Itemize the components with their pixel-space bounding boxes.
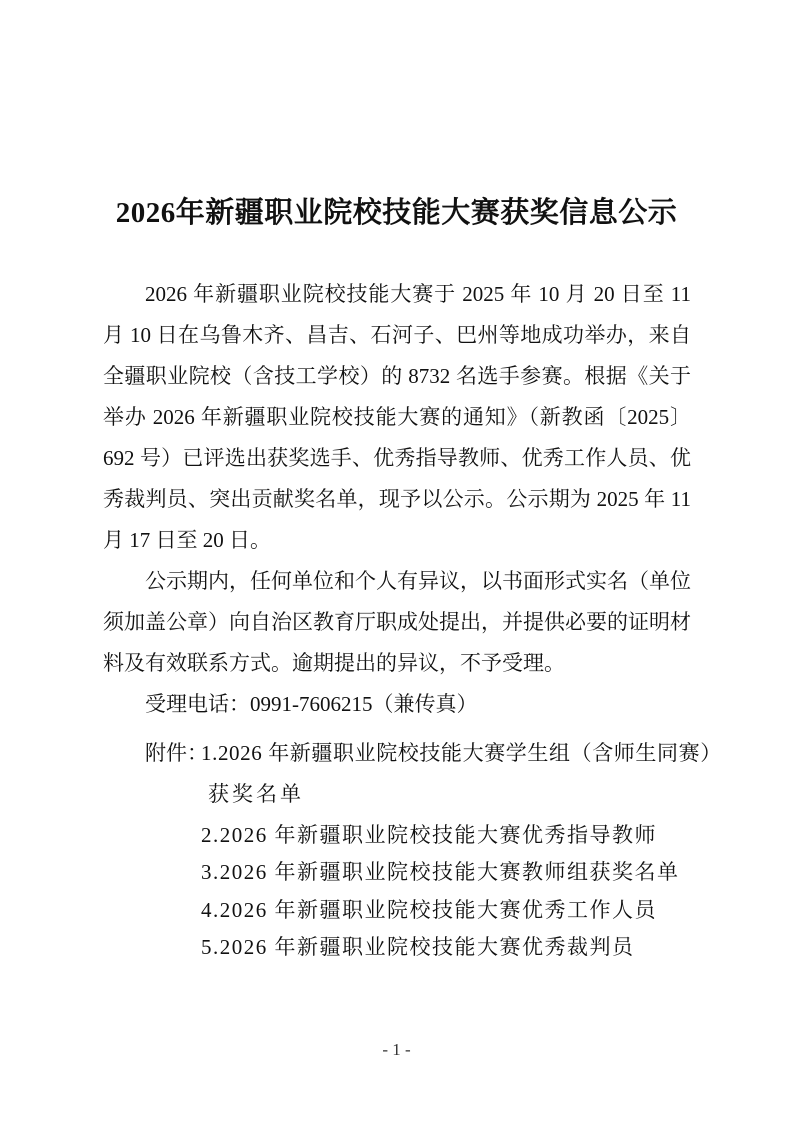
attachment-item: 2.2026 年新疆职业院校技能大赛优秀指导教师	[201, 820, 657, 850]
paragraph-line: 须加盖公章）向自治区教育厅职成处提出，并提供必要的证明材	[103, 607, 691, 637]
page-number: - 1 -	[0, 1040, 793, 1060]
paragraph-line: 全疆职业院校（含技工学校）的 8732 名选手参赛。根据《关于	[103, 361, 691, 391]
paragraph-line: 举办 2026 年新疆职业院校技能大赛的通知》（新教函〔2025〕	[103, 402, 691, 432]
attachment-item: 5.2026 年新疆职业院校技能大赛优秀裁判员	[201, 932, 635, 962]
paragraph-line: 月 10 日在乌鲁木齐、昌吉、石河子、巴州等地成功举办，来自	[103, 320, 691, 350]
paragraph-line: 料及有效联系方式。逾期提出的异议，不予受理。	[103, 648, 691, 678]
attachment-item: 1.2026 年新疆职业院校技能大赛学生组（含师生同赛）	[201, 738, 722, 768]
attachment-item: 3.2026 年新疆职业院校技能大赛教师组获奖名单	[201, 857, 680, 887]
contact-phone: 受理电话：0991-7606215（兼传真）	[145, 689, 691, 719]
paragraph-line: 692 号）已评选出获奖选手、优秀指导教师、优秀工作人员、优	[103, 443, 691, 473]
paragraph-line: 2026 年新疆职业院校技能大赛于 2025 年 10 月 20 日至 11	[145, 279, 691, 309]
attachments-label: 附件：	[145, 738, 208, 768]
paragraph-line: 公示期内，任何单位和个人有异议，以书面形式实名（单位	[145, 566, 691, 596]
attachment-item-continued: 获奖名单	[208, 779, 304, 809]
document-title: 2026年新疆职业院校技能大赛获奖信息公示	[0, 193, 793, 233]
paragraph-line: 月 17 日至 20 日。	[103, 525, 691, 555]
attachment-item: 4.2026 年新疆职业院校技能大赛优秀工作人员	[201, 895, 657, 925]
paragraph-line: 秀裁判员、突出贡献奖名单，现予以公示。公示期为 2025 年 11	[103, 484, 691, 514]
document-page: 2026年新疆职业院校技能大赛获奖信息公示 2026 年新疆职业院校技能大赛于 …	[0, 0, 793, 1122]
